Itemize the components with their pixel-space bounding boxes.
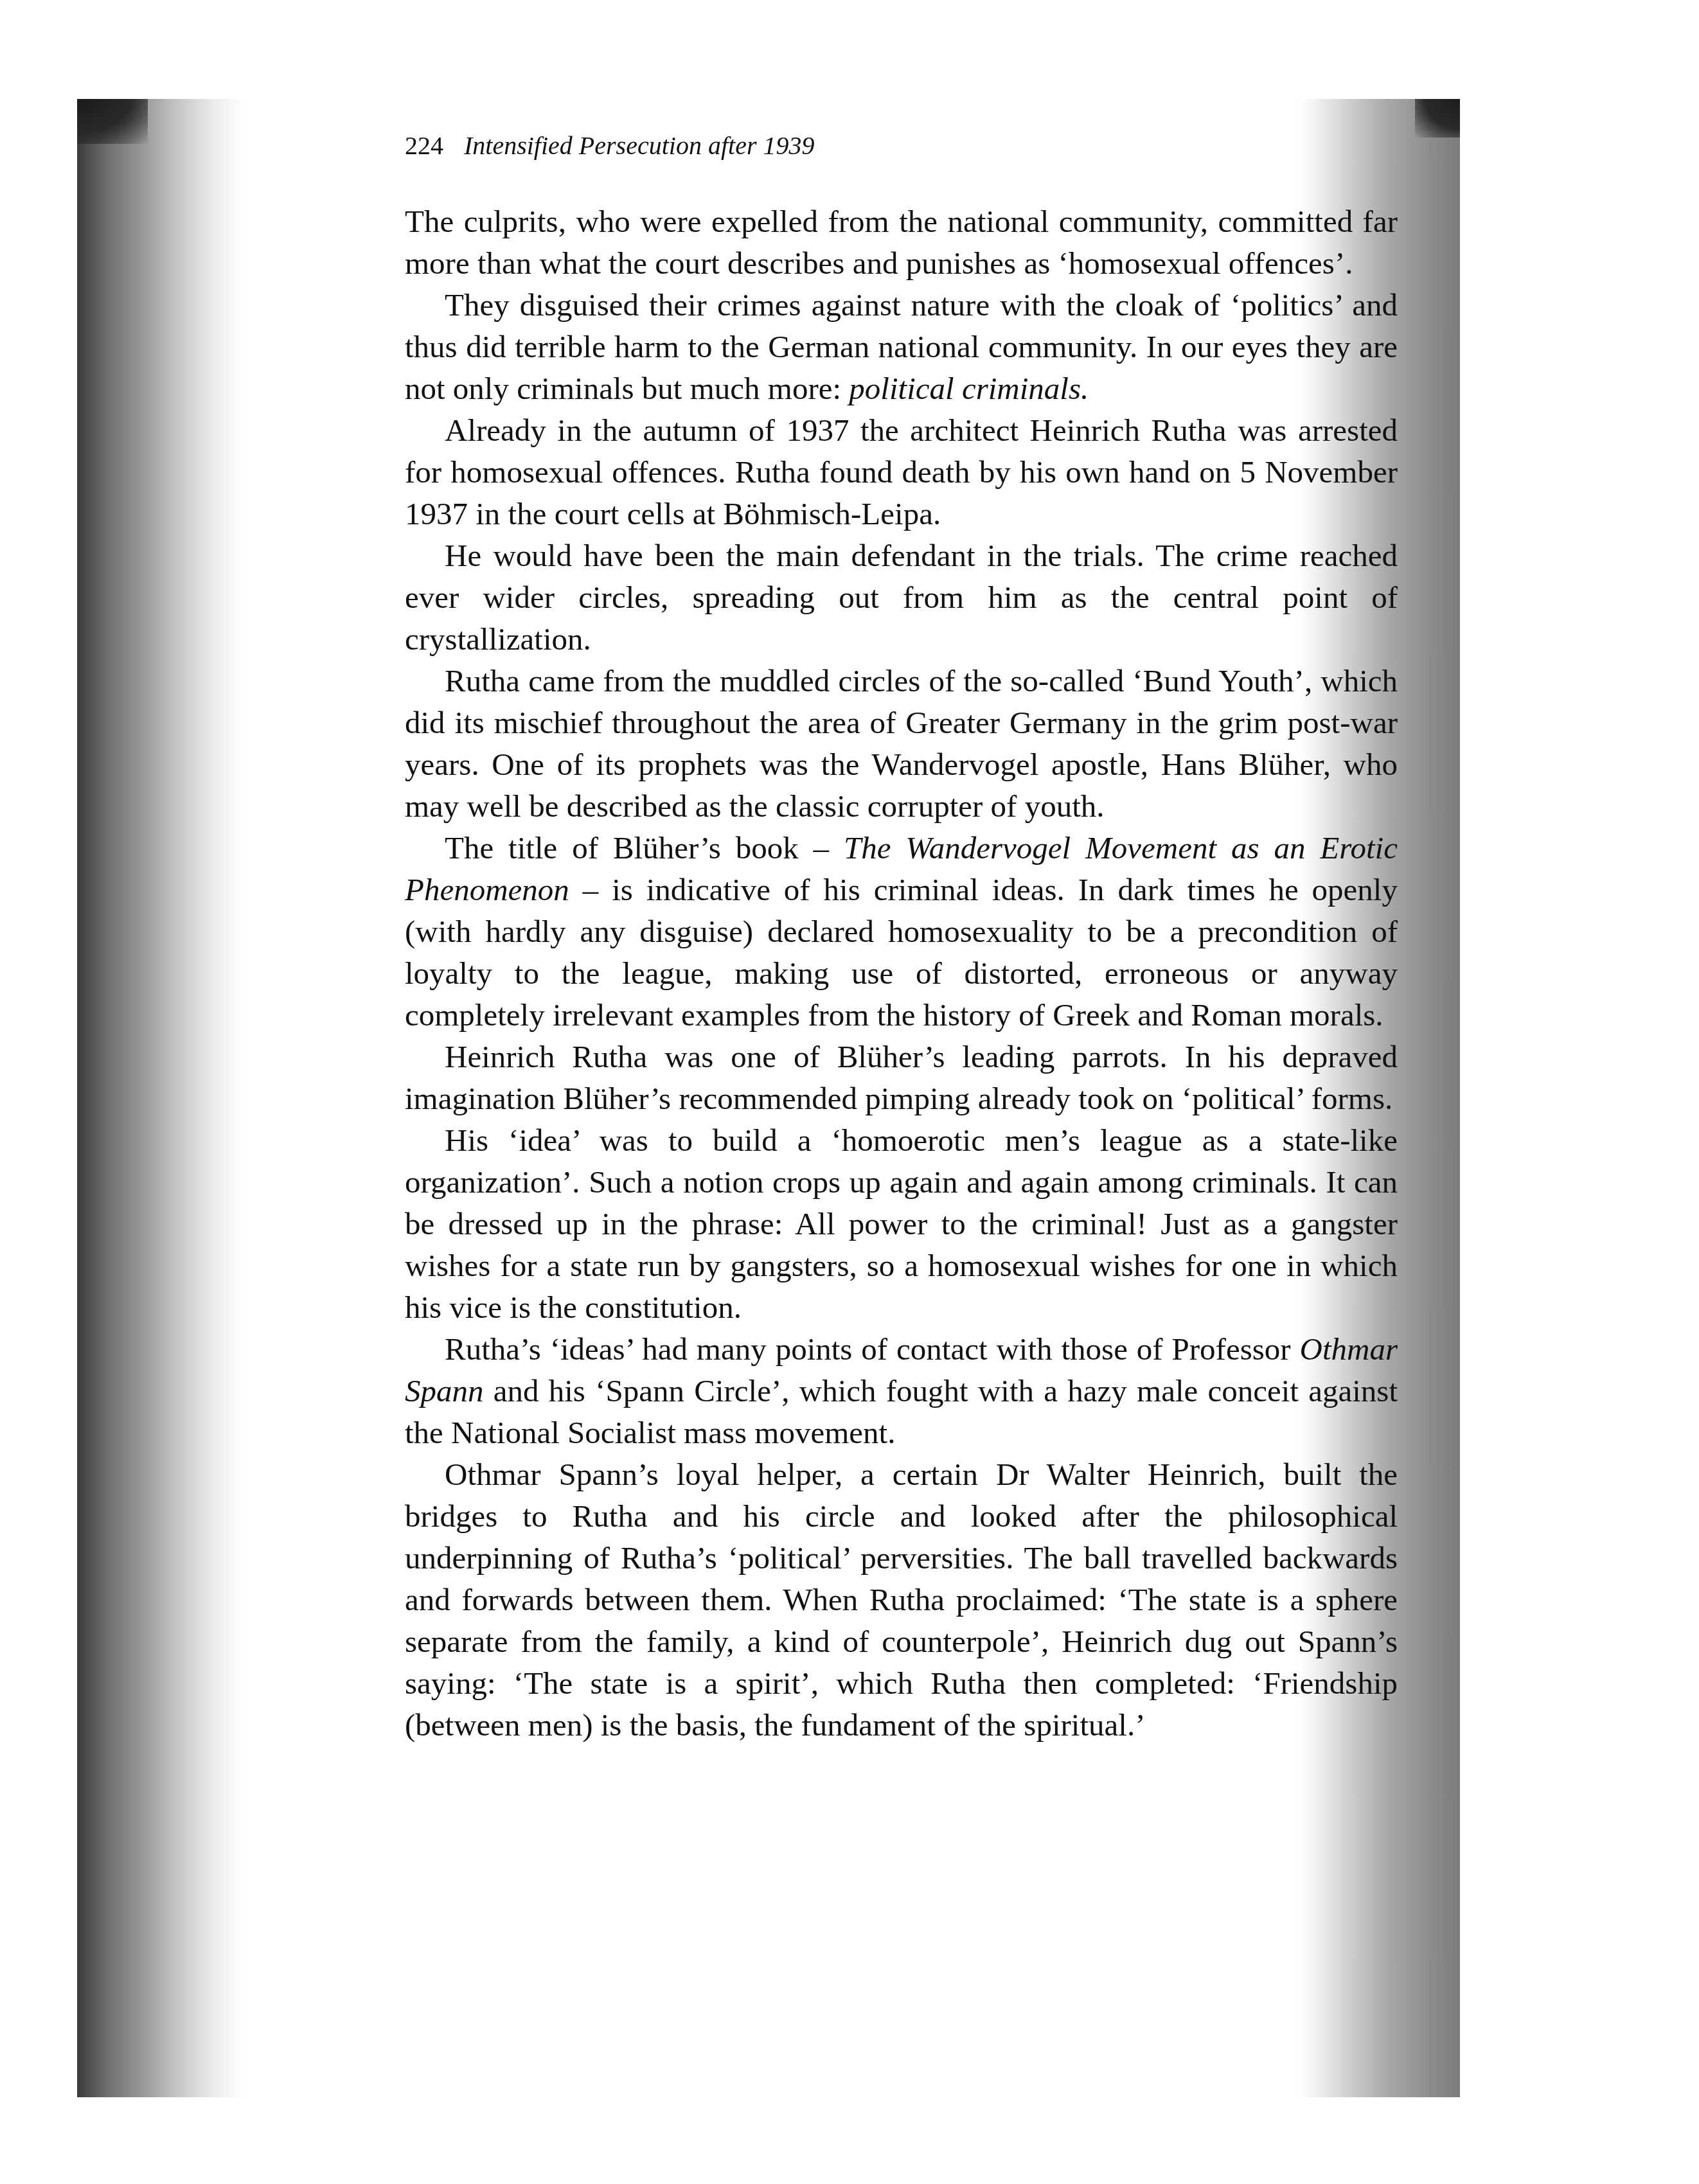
binding-shadow-left [77,99,244,2097]
paragraph: He would have been the main defendant in… [405,535,1398,660]
page-number: 224 [405,131,443,160]
paragraph: Rutha came from the muddled circles of t… [405,660,1398,827]
page-corner-right [1415,99,1460,138]
paragraph-text: His ‘idea’ was to build a ‘homoerotic me… [405,1123,1398,1325]
binding-corner-left [77,99,148,144]
body-text: The culprits, who were expelled from the… [405,200,1398,1746]
paragraph: Heinrich Rutha was one of Blüher’s leadi… [405,1036,1398,1119]
paragraph: They disguised their crimes against natu… [405,284,1398,409]
chapter-title: Intensified Persecution after 1939 [464,131,814,160]
italic-emphasis: political criminals. [849,371,1089,406]
paragraph-text: Heinrich Rutha was one of Blüher’s leadi… [405,1039,1398,1116]
running-header: 224 Intensified Persecution after 1939 [405,130,814,161]
paragraph-text: The title of Blüher’s book – [445,830,844,866]
paragraph-text: He would have been the main defendant in… [405,538,1398,657]
paragraph: Already in the autumn of 1937 the archit… [405,409,1398,535]
paragraph: The title of Blüher’s book – The Wanderv… [405,827,1398,1036]
paragraph-text: The culprits, who were expelled from the… [405,204,1398,281]
paragraph: Othmar Spann’s loyal helper, a certain D… [405,1453,1398,1746]
paragraph: The culprits, who were expelled from the… [405,200,1398,284]
paragraph-text: and his ‘Spann Circle’, which fought wit… [405,1373,1398,1450]
paragraph-text: Already in the autumn of 1937 the archit… [405,413,1398,531]
paragraph-text: Othmar Spann’s loyal helper, a certain D… [405,1457,1398,1743]
paragraph: His ‘idea’ was to build a ‘homoerotic me… [405,1119,1398,1328]
paragraph-text: Rutha’s ‘ideas’ had many points of conta… [445,1331,1300,1367]
paragraph: Rutha’s ‘ideas’ had many points of conta… [405,1328,1398,1453]
paragraph-text: Rutha came from the muddled circles of t… [405,663,1398,824]
